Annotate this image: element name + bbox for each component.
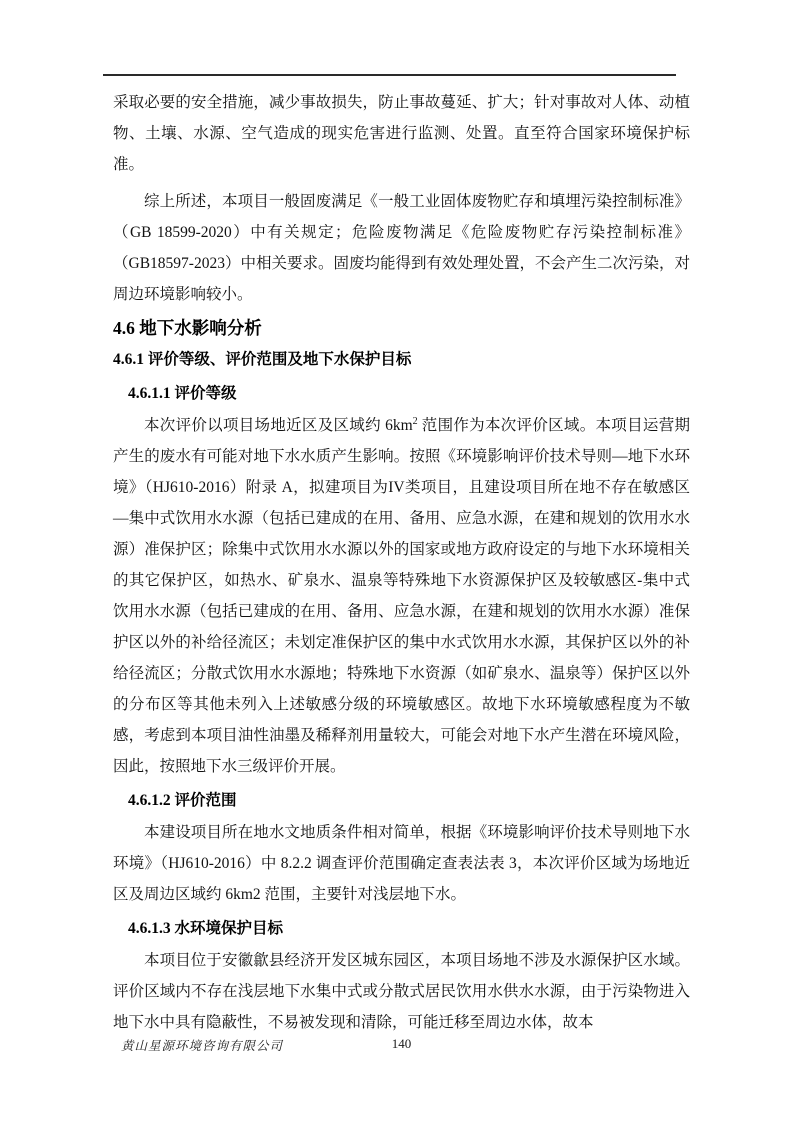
section-heading-4-6-1-3-water-protection-targets: 4.6.1.3 水环境保护目标	[113, 916, 690, 941]
section-heading-4-6-1-2-evaluation-scope: 4.6.1.2 评价范围	[113, 788, 690, 813]
page-content: 采取必要的安全措施，减少事故损失，防止事故蔓延、扩大；针对事故对人体、动植物、土…	[113, 87, 690, 1038]
evaluation-grade-text-after-superscript: 范围作为本次评价区域。本项目运营期产生的废水有可能对地下水水质产生影响。按照《环…	[113, 417, 690, 775]
paragraph-water-protection-targets: 本项目位于安徽歙县经济开发区城东园区，本项目场地不涉及水源保护区水域。评价区域内…	[113, 945, 690, 1038]
paragraph-evaluation-scope: 本建设项目所在地水文地质条件相对简单，根据《环境影响评价技术导则地下水环境》（H…	[113, 817, 690, 910]
document-page: 采取必要的安全措施，减少事故损失，防止事故蔓延、扩大；针对事故对人体、动植物、土…	[0, 0, 793, 1122]
paragraph-evaluation-grade: 本次评价以项目场地近区及区域约 6km2 范围作为本次评价区域。本项目运营期产生…	[113, 410, 690, 782]
paragraph-safety-measures: 采取必要的安全措施，减少事故损失，防止事故蔓延、扩大；针对事故对人体、动植物、土…	[113, 87, 690, 180]
section-heading-4-6-1-grade-scope-targets: 4.6.1 评价等级、评价范围及地下水保护目标	[113, 347, 690, 372]
page-number: 140	[392, 1036, 412, 1052]
section-heading-4-6-1-1-evaluation-grade: 4.6.1.1 评价等级	[113, 381, 690, 406]
page-footer: 黄山星源环境咨询有限公司 140	[113, 1034, 690, 1056]
footer-company-name: 黄山星源环境咨询有限公司	[121, 1036, 283, 1054]
header-rule	[103, 74, 676, 76]
paragraph-solid-waste-conclusion: 综上所述，本项目一般固废满足《一般工业固体废物贮存和填埋污染控制标准》（GB 1…	[113, 186, 690, 310]
section-heading-4-6-groundwater-impact: 4.6 地下水影响分析	[113, 315, 690, 341]
evaluation-grade-text-before-superscript: 本次评价以项目场地近区及区域约 6km	[144, 417, 413, 434]
